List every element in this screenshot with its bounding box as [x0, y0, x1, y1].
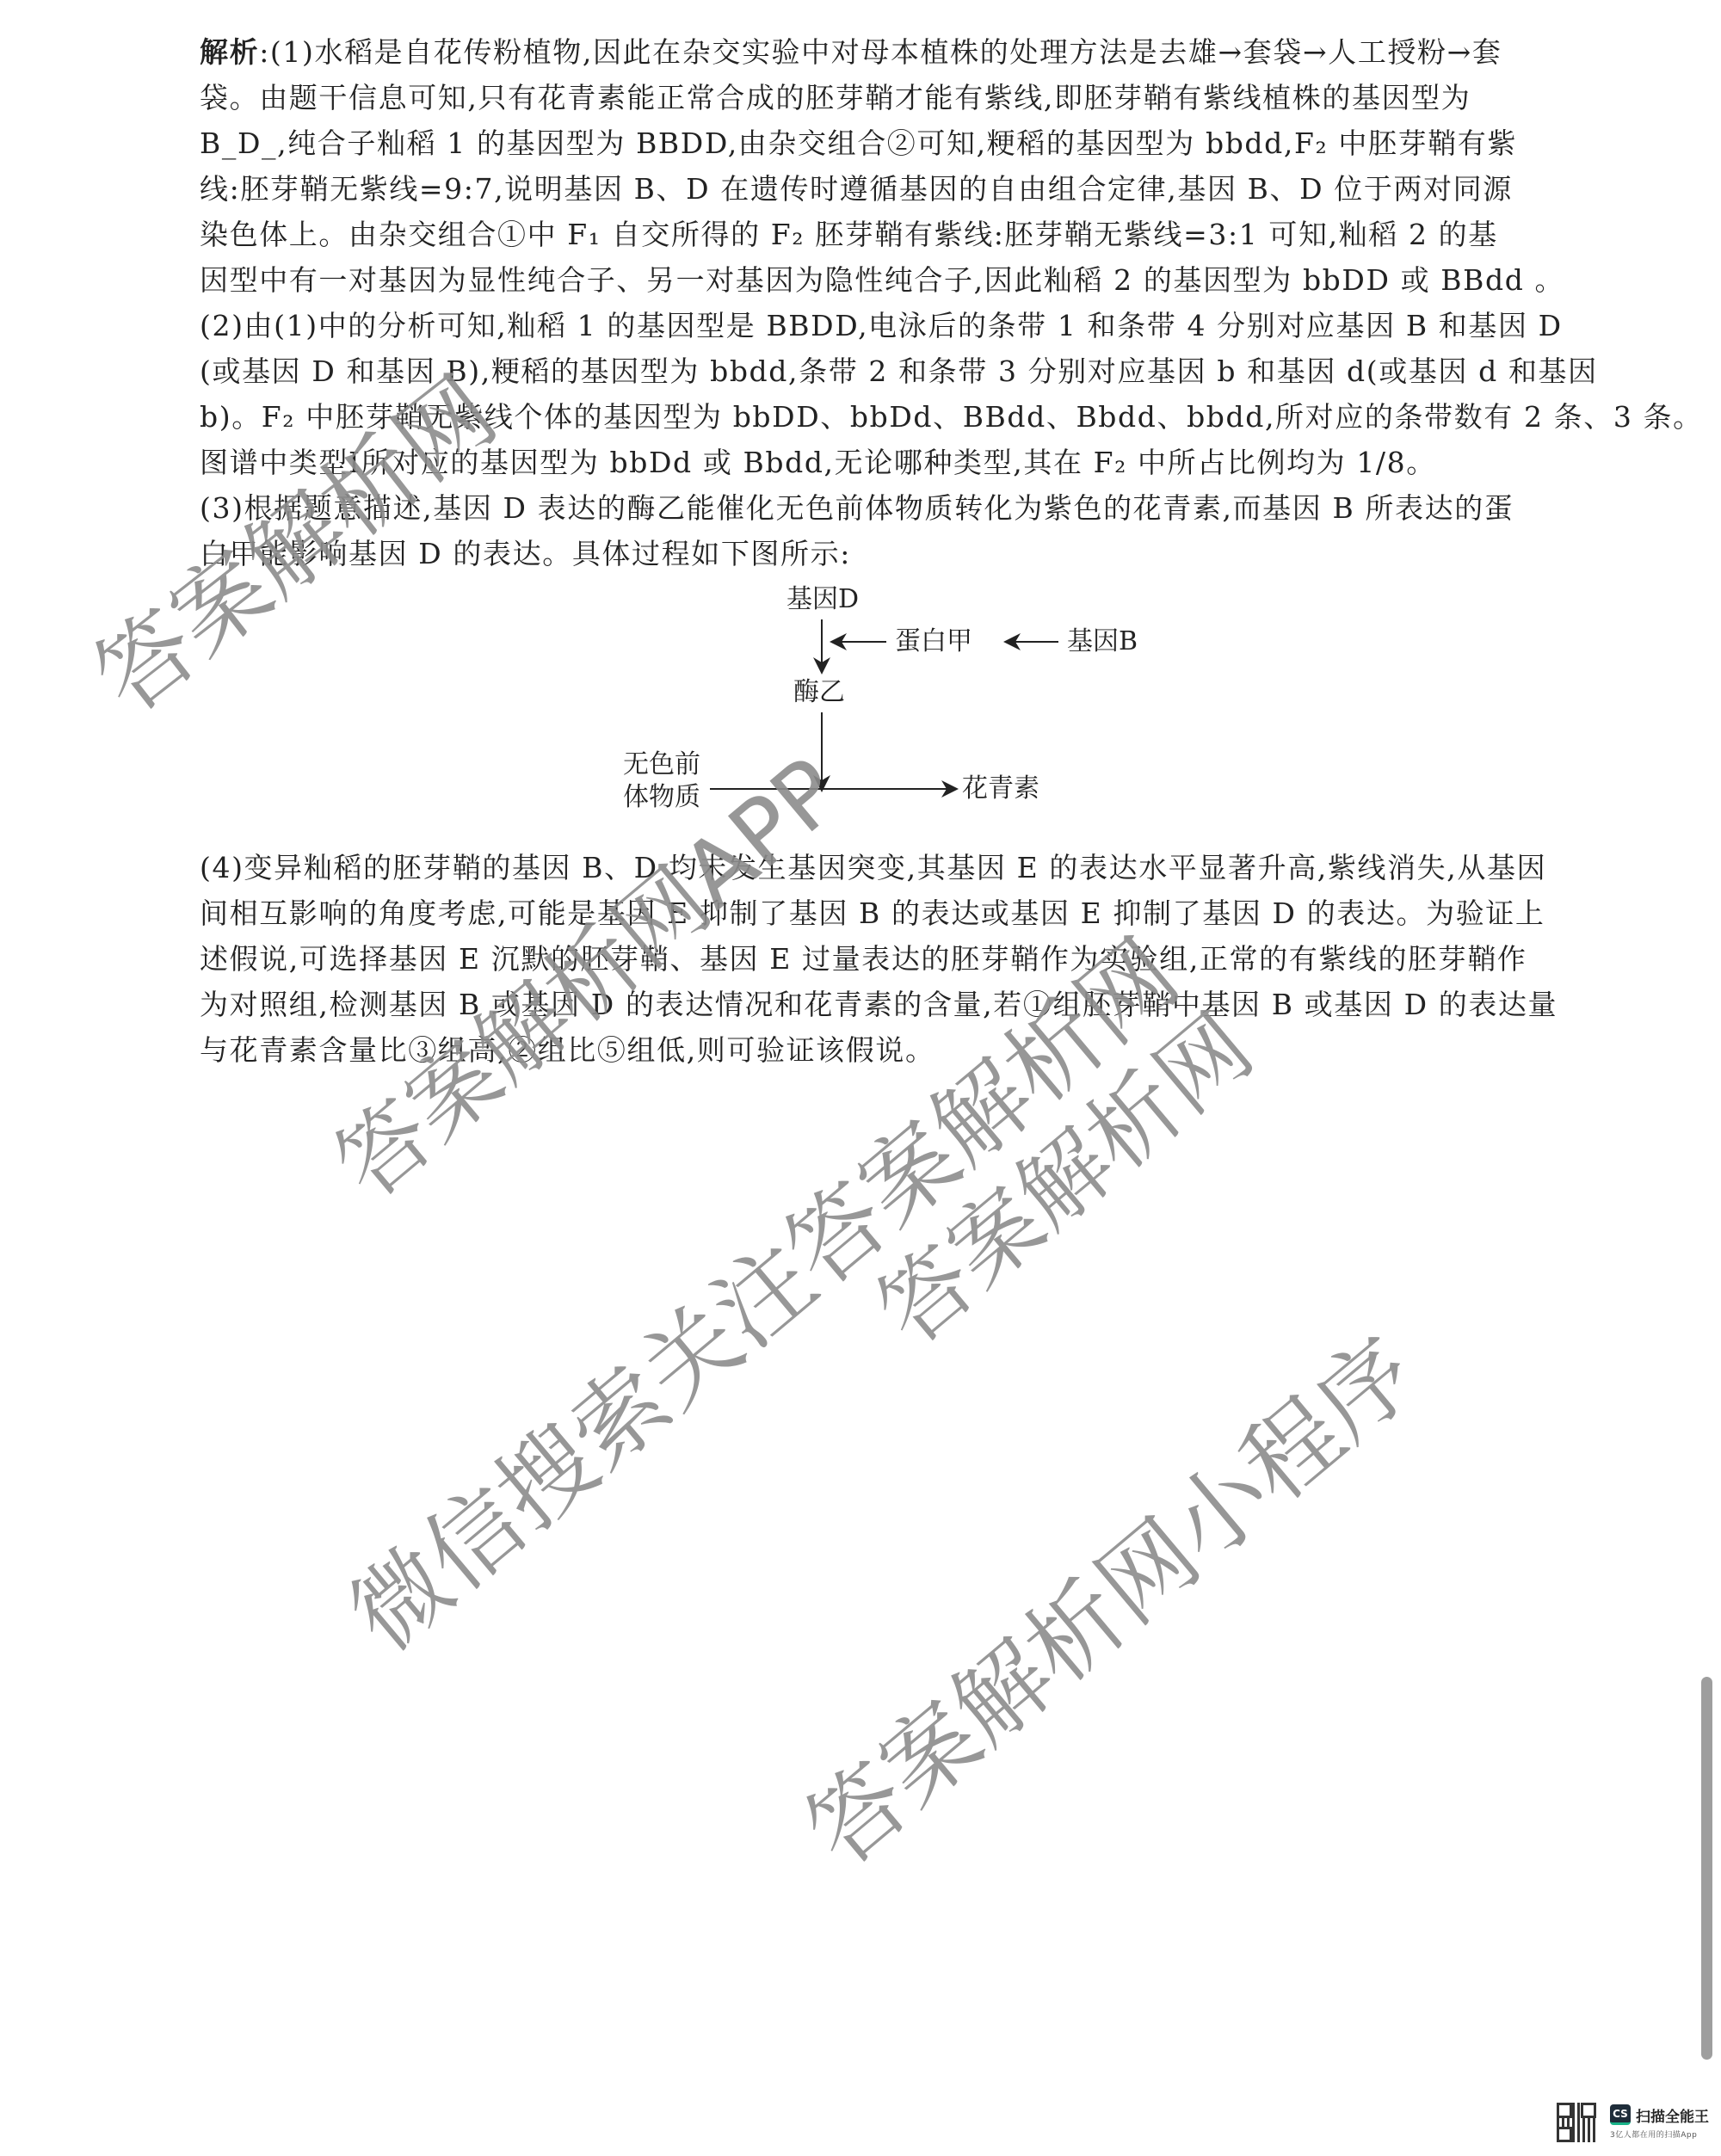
text-line: 染色体上。由杂交组合①中 F₁ 自交所得的 F₂ 胚芽鞘有紫线:胚芽鞘无紫线=3… — [200, 212, 1542, 257]
text-line: 因型中有一对基因为显性纯合子、另一对基因为隐性纯合子,因此籼稻 2 的基因型为 … — [200, 257, 1542, 303]
paragraph-block-2: (4)变异籼稻的胚芽鞘的基因 B、D 均未发生基因突变,其基因 E 的表达水平显… — [200, 845, 1542, 1073]
pathway-diagram: 基因D 蛋白甲 基因B 酶乙 无色前 体物质 花青素 — [602, 585, 1084, 809]
anthocyanin-label: 花青素 — [962, 774, 1039, 804]
text-line: 解析:(1)水稻是自花传粉植物,因此在杂交实验中对母本植株的处理方法是去雄→套袋… — [200, 29, 1542, 75]
text-line: 袋。由题干信息可知,只有花青素能正常合成的胚芽鞘才能有紫线,即胚芽鞘有紫线植株的… — [200, 75, 1542, 120]
qr-code-icon — [1557, 2103, 1596, 2142]
text-line: (4)变异籼稻的胚芽鞘的基因 B、D 均未发生基因突变,其基因 E 的表达水平显… — [200, 845, 1542, 890]
enzyme-b-label: 酶乙 — [793, 678, 845, 707]
text-line: 间相互影响的角度考虑,可能是基因 E 抑制了基因 B 的表达或基因 E 抑制了基… — [200, 890, 1542, 936]
gene-b-label: 基因B — [1067, 627, 1138, 656]
camscanner-logo-icon: CS — [1610, 2104, 1631, 2125]
text-line: 述假说,可选择基因 E 沉默的胚芽鞘、基因 E 过量表达的胚芽鞘作为实验组,正常… — [200, 936, 1542, 982]
watermark-text: 答案解析网小程序 — [773, 1300, 1440, 1891]
text-line: 线:胚芽鞘无紫线=9:7,说明基因 B、D 在遗传时遵循基因的自由组合定律,基因… — [200, 166, 1542, 212]
text-line: B_D_,纯合子籼稻 1 的基因型为 BBDD,由杂交组合②可知,粳稻的基因型为… — [200, 120, 1542, 166]
text-line: (2)由(1)中的分析可知,籼稻 1 的基因型是 BBDD,电泳后的条带 1 和… — [200, 303, 1542, 348]
text-line: 为对照组,检测基因 B 或基因 D 的表达情况和花青素的含量,若①组胚芽鞘中基因… — [200, 982, 1542, 1027]
badge-tagline: 3亿人都在用的扫描App — [1610, 2128, 1697, 2140]
protein-a-label: 蛋白甲 — [895, 627, 972, 656]
vertical-scrollbar-thumb[interactable] — [1701, 1677, 1712, 2060]
camscanner-badge: CS 扫描全能王 3亿人都在用的扫描App — [1543, 2096, 1715, 2146]
gene-d-label: 基因D — [786, 585, 859, 614]
document-page: 解析:(1)水稻是自花传粉植物,因此在杂交实验中对母本植株的处理方法是去雄→套袋… — [200, 29, 1542, 1073]
badge-app-name: 扫描全能王 — [1636, 2104, 1709, 2126]
section-lead: 解析 — [200, 35, 259, 69]
